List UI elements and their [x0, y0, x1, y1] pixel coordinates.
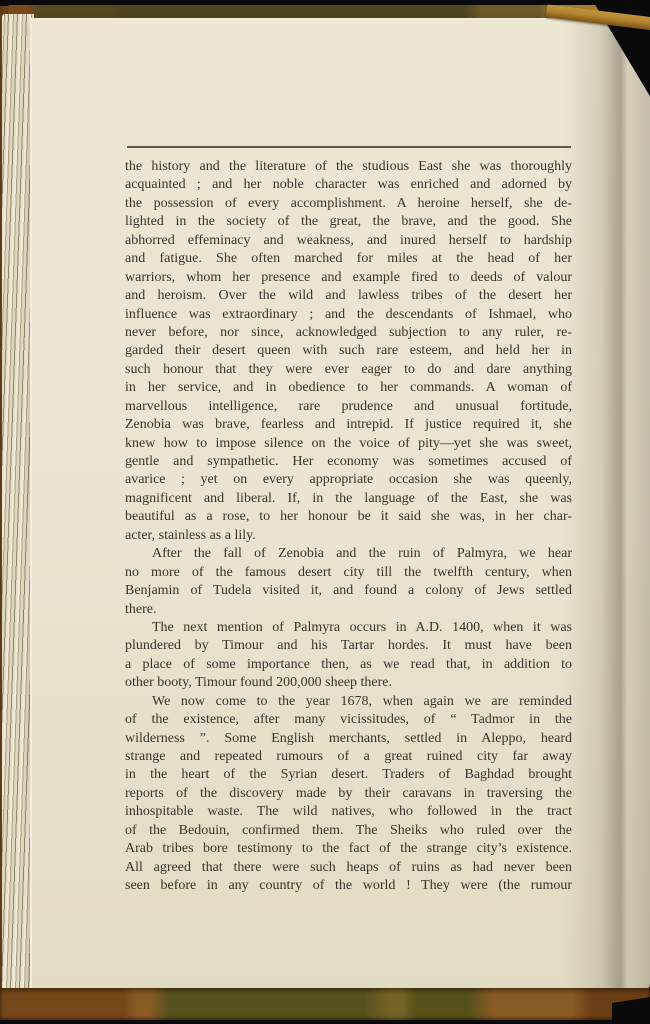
text-line: a place of some importance then, as we r… [125, 656, 572, 674]
paragraph: The next mention of Palmyra occurs in A.… [125, 619, 572, 693]
text-line: magnificent and liberal. If, in the lang… [125, 490, 572, 508]
text-line: After the fall of Zenobia and the ruin o… [125, 545, 572, 563]
text-line: and heroism. Over the wild and lawless t… [125, 287, 572, 305]
text-line: plundered by Timour and his Tartar horde… [125, 637, 572, 655]
page-text: the history and the literature of the st… [125, 158, 572, 896]
text-line: and fatigue. She often marched for miles… [125, 250, 572, 268]
text-line: Benjamin of Tudela visited it, and found… [125, 582, 572, 600]
text-line: wilderness ”. Some English merchants, se… [125, 730, 572, 748]
text-line: avarice ; yet on every appropriate occas… [125, 471, 572, 489]
text-line: reports of the discovery made by their c… [125, 785, 572, 803]
text-line: gentle and sympathetic. Her economy was … [125, 453, 572, 471]
text-line: strange and repeated rumours of a great … [125, 748, 572, 766]
text-line: beautiful as a rose, to her honour be it… [125, 508, 572, 526]
text-line: The next mention of Palmyra occurs in A.… [125, 619, 572, 637]
text-line: marvellous intelligence, rare prudence a… [125, 398, 572, 416]
text-line: knew how to impose silence on the voice … [125, 435, 572, 453]
text-line: never before, nor since, acknowledged su… [125, 324, 572, 342]
text-line: acquainted ; and her noble character was… [125, 176, 572, 194]
text-line: acter, stainless as a lily. [125, 527, 572, 545]
paragraph: the history and the literature of the st… [125, 158, 572, 545]
text-line: the history and the literature of the st… [125, 158, 572, 176]
text-line: of the Bedouin, confirmed them. The Shei… [125, 822, 572, 840]
text-line: of the existence, after many vicissitude… [125, 711, 572, 729]
paragraph: We now come to the year 1678, when again… [125, 693, 572, 896]
paragraph: After the fall of Zenobia and the ruin o… [125, 545, 572, 619]
text-line: Zenobia was brave, fearless and intrepid… [125, 416, 572, 434]
text-line: there. [125, 601, 572, 619]
book-photo: 76 PALMYRA. the history and the literatu… [0, 0, 650, 1024]
text-line: abhorred effeminacy and weakness, and in… [125, 232, 572, 250]
text-line: influence was extraordinary ; and the de… [125, 306, 572, 324]
text-line: such honour that they were ever eager to… [125, 361, 572, 379]
text-line: inhospitable waste. The wild natives, wh… [125, 803, 572, 821]
text-line: seen before in any country of the world … [125, 877, 572, 895]
header-rule [127, 146, 571, 148]
text-line: in her service, and in obedience to her … [125, 379, 572, 397]
text-line: garded their desert queen with such rare… [125, 342, 572, 360]
text-line: We now come to the year 1678, when again… [125, 693, 572, 711]
text-line: the possession of every accomplishment. … [125, 195, 572, 213]
book-cover-bottom-edge [0, 988, 650, 1020]
text-line: lighted in the society of the great, the… [125, 213, 572, 231]
text-line: in the heart of the Syrian desert. Trade… [125, 766, 572, 784]
background-corner-bottom [612, 997, 650, 1024]
text-line: All agreed that there were such heaps of… [125, 859, 572, 877]
text-line: other booty, Timour found 200,000 sheep … [125, 674, 572, 692]
text-line: warriors, whom her presence and example … [125, 269, 572, 287]
text-line: Arab tribes bore testimony to the fact o… [125, 840, 572, 858]
text-line: no more of the famous desert city till t… [125, 564, 572, 582]
